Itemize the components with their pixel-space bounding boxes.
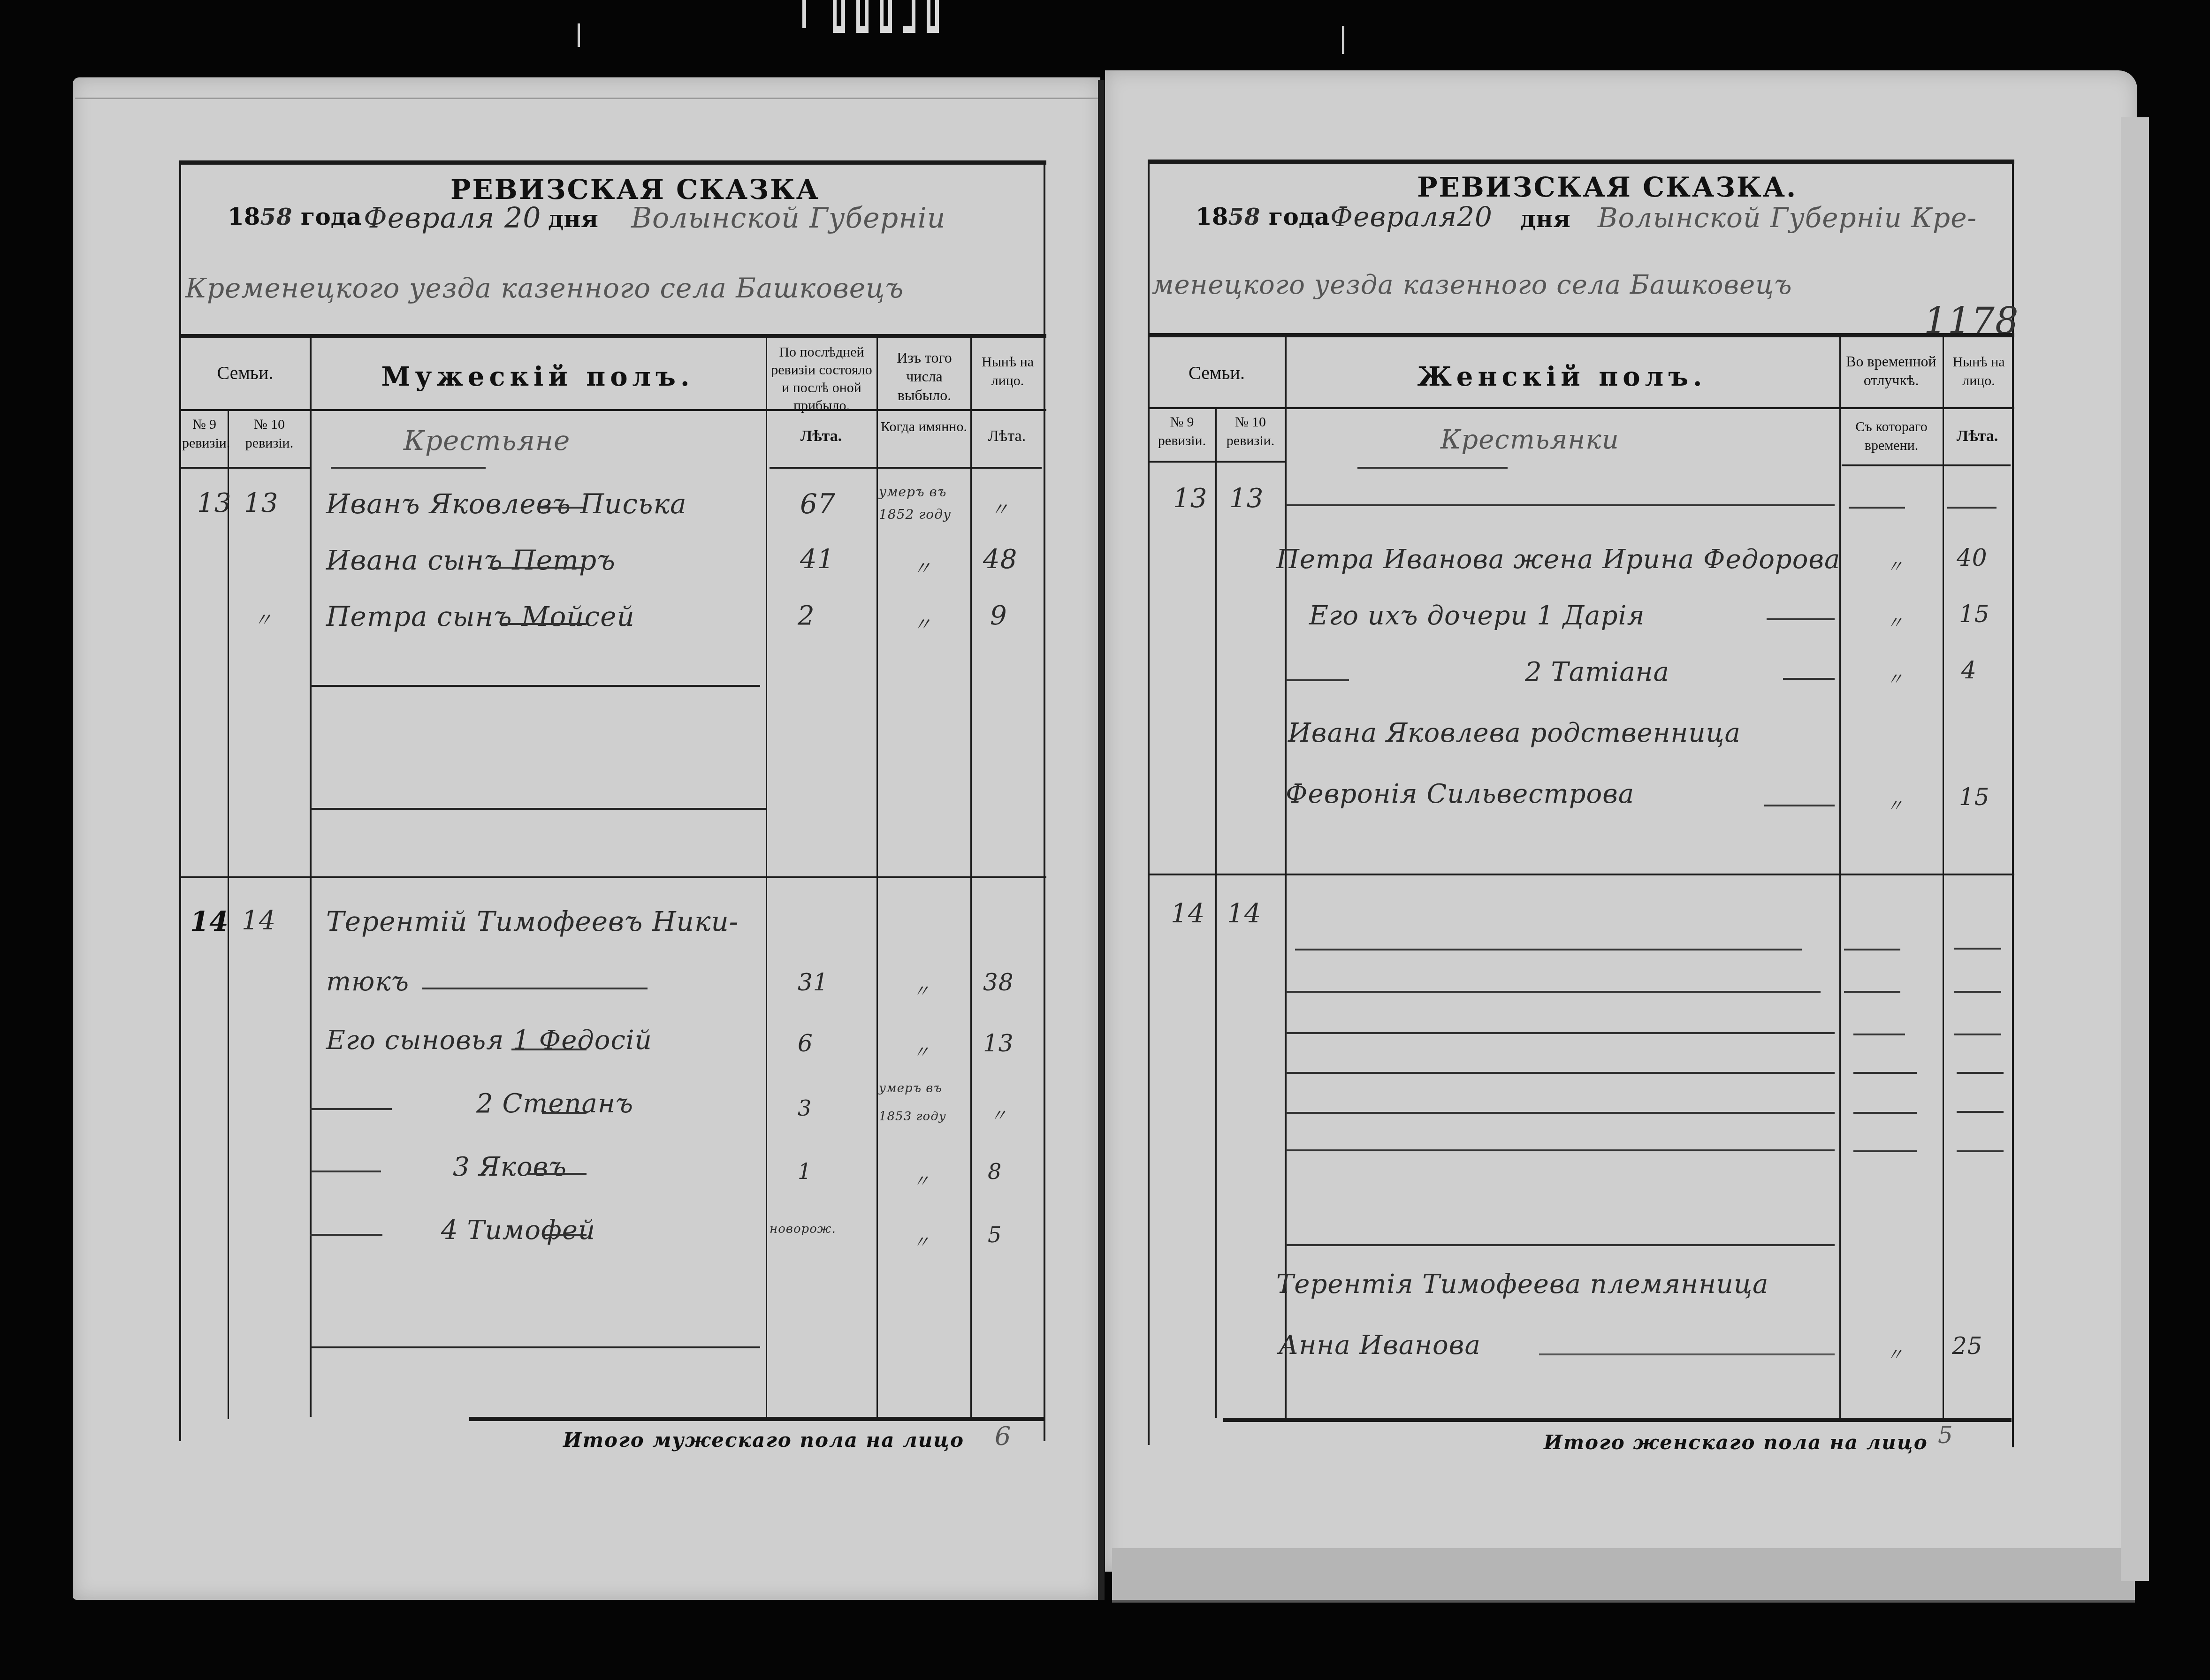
col-families: Семьи.: [1149, 364, 1285, 382]
col-family-no10: № 10 ревизіи.: [230, 415, 309, 453]
left-total-label: Итого мужескаго пола на лицо: [563, 1429, 964, 1452]
left-province: Волынской Губерніи: [631, 202, 946, 235]
right-page-stack-side: [2121, 117, 2149, 1581]
right-total-value: 5: [1938, 1422, 1953, 1449]
col-last-revision: По послѣдней ревизіи состояло и послѣ он…: [770, 343, 874, 415]
year-printed: 18: [228, 203, 260, 230]
left-title: РЕВИЗСКАЯ СКАЗКА: [450, 174, 779, 205]
year-handwritten: 58: [1228, 204, 1261, 230]
col-female: Женскій полъ.: [1285, 361, 1839, 392]
right-month: Февраля: [1330, 201, 1457, 233]
right-title: РЕВИЗСКАЯ СКАЗКА.: [1417, 171, 1755, 203]
right-day-label: дня: [1520, 205, 1570, 233]
left-day: 20: [504, 202, 541, 235]
col-male-sub: Крестьяне: [404, 425, 570, 456]
book-gutter: [1098, 80, 1105, 1600]
col-present-sub: Лѣта.: [1943, 427, 2012, 446]
year-label: года: [1269, 203, 1330, 230]
left-page-edge: [75, 98, 1098, 99]
col-present: Нынѣ на лицо.: [1946, 353, 2011, 390]
year-printed: 18: [1196, 203, 1228, 230]
right-province: Волынской Губерніи Кре-: [1598, 202, 1977, 234]
left-page: [73, 77, 1100, 1600]
year-handwritten: 58: [260, 204, 293, 230]
col-last-revision-sub: Лѣта.: [766, 427, 876, 446]
col-absence: Во временной отлучкѣ.: [1843, 352, 1939, 389]
col-family-no9: № 9 ревизіи.: [1150, 413, 1214, 450]
left-date-line: 1858 года: [228, 203, 362, 230]
right-page-stack: [1112, 1548, 2135, 1603]
col-departed: Изъ того числа выбыло.: [884, 348, 964, 404]
col-absence-sub: Съ котораго времени.: [1842, 418, 1941, 455]
left-month: Февраля: [364, 202, 495, 235]
right-day: 20: [1457, 201, 1493, 233]
right-total-label: Итого женскаго пола на лицо: [1544, 1431, 1928, 1454]
year-label: года: [301, 203, 362, 230]
col-departed-sub: Когда имянно.: [877, 418, 970, 436]
right-date-line: 1858 года: [1196, 203, 1330, 230]
col-present-sub: Лѣта.: [970, 427, 1044, 446]
left-total-value: 6: [995, 1422, 1011, 1451]
left-location-line: Кременецкого уезда казенного села Башков…: [185, 272, 904, 304]
right-location-line: менецкого уезда казенного села Башковецъ: [1152, 270, 1792, 300]
col-family-no9: № 9 ревизіи.: [182, 415, 227, 453]
col-family-no10: № 10 ревизіи.: [1218, 413, 1283, 450]
left-day-label: дня: [548, 205, 598, 233]
col-present: Нынѣ на лицо.: [974, 353, 1042, 390]
col-female-sub: Крестьянки: [1440, 425, 1619, 455]
col-families: Семьи.: [181, 364, 310, 382]
col-male: Мужескій полъ.: [310, 361, 766, 392]
